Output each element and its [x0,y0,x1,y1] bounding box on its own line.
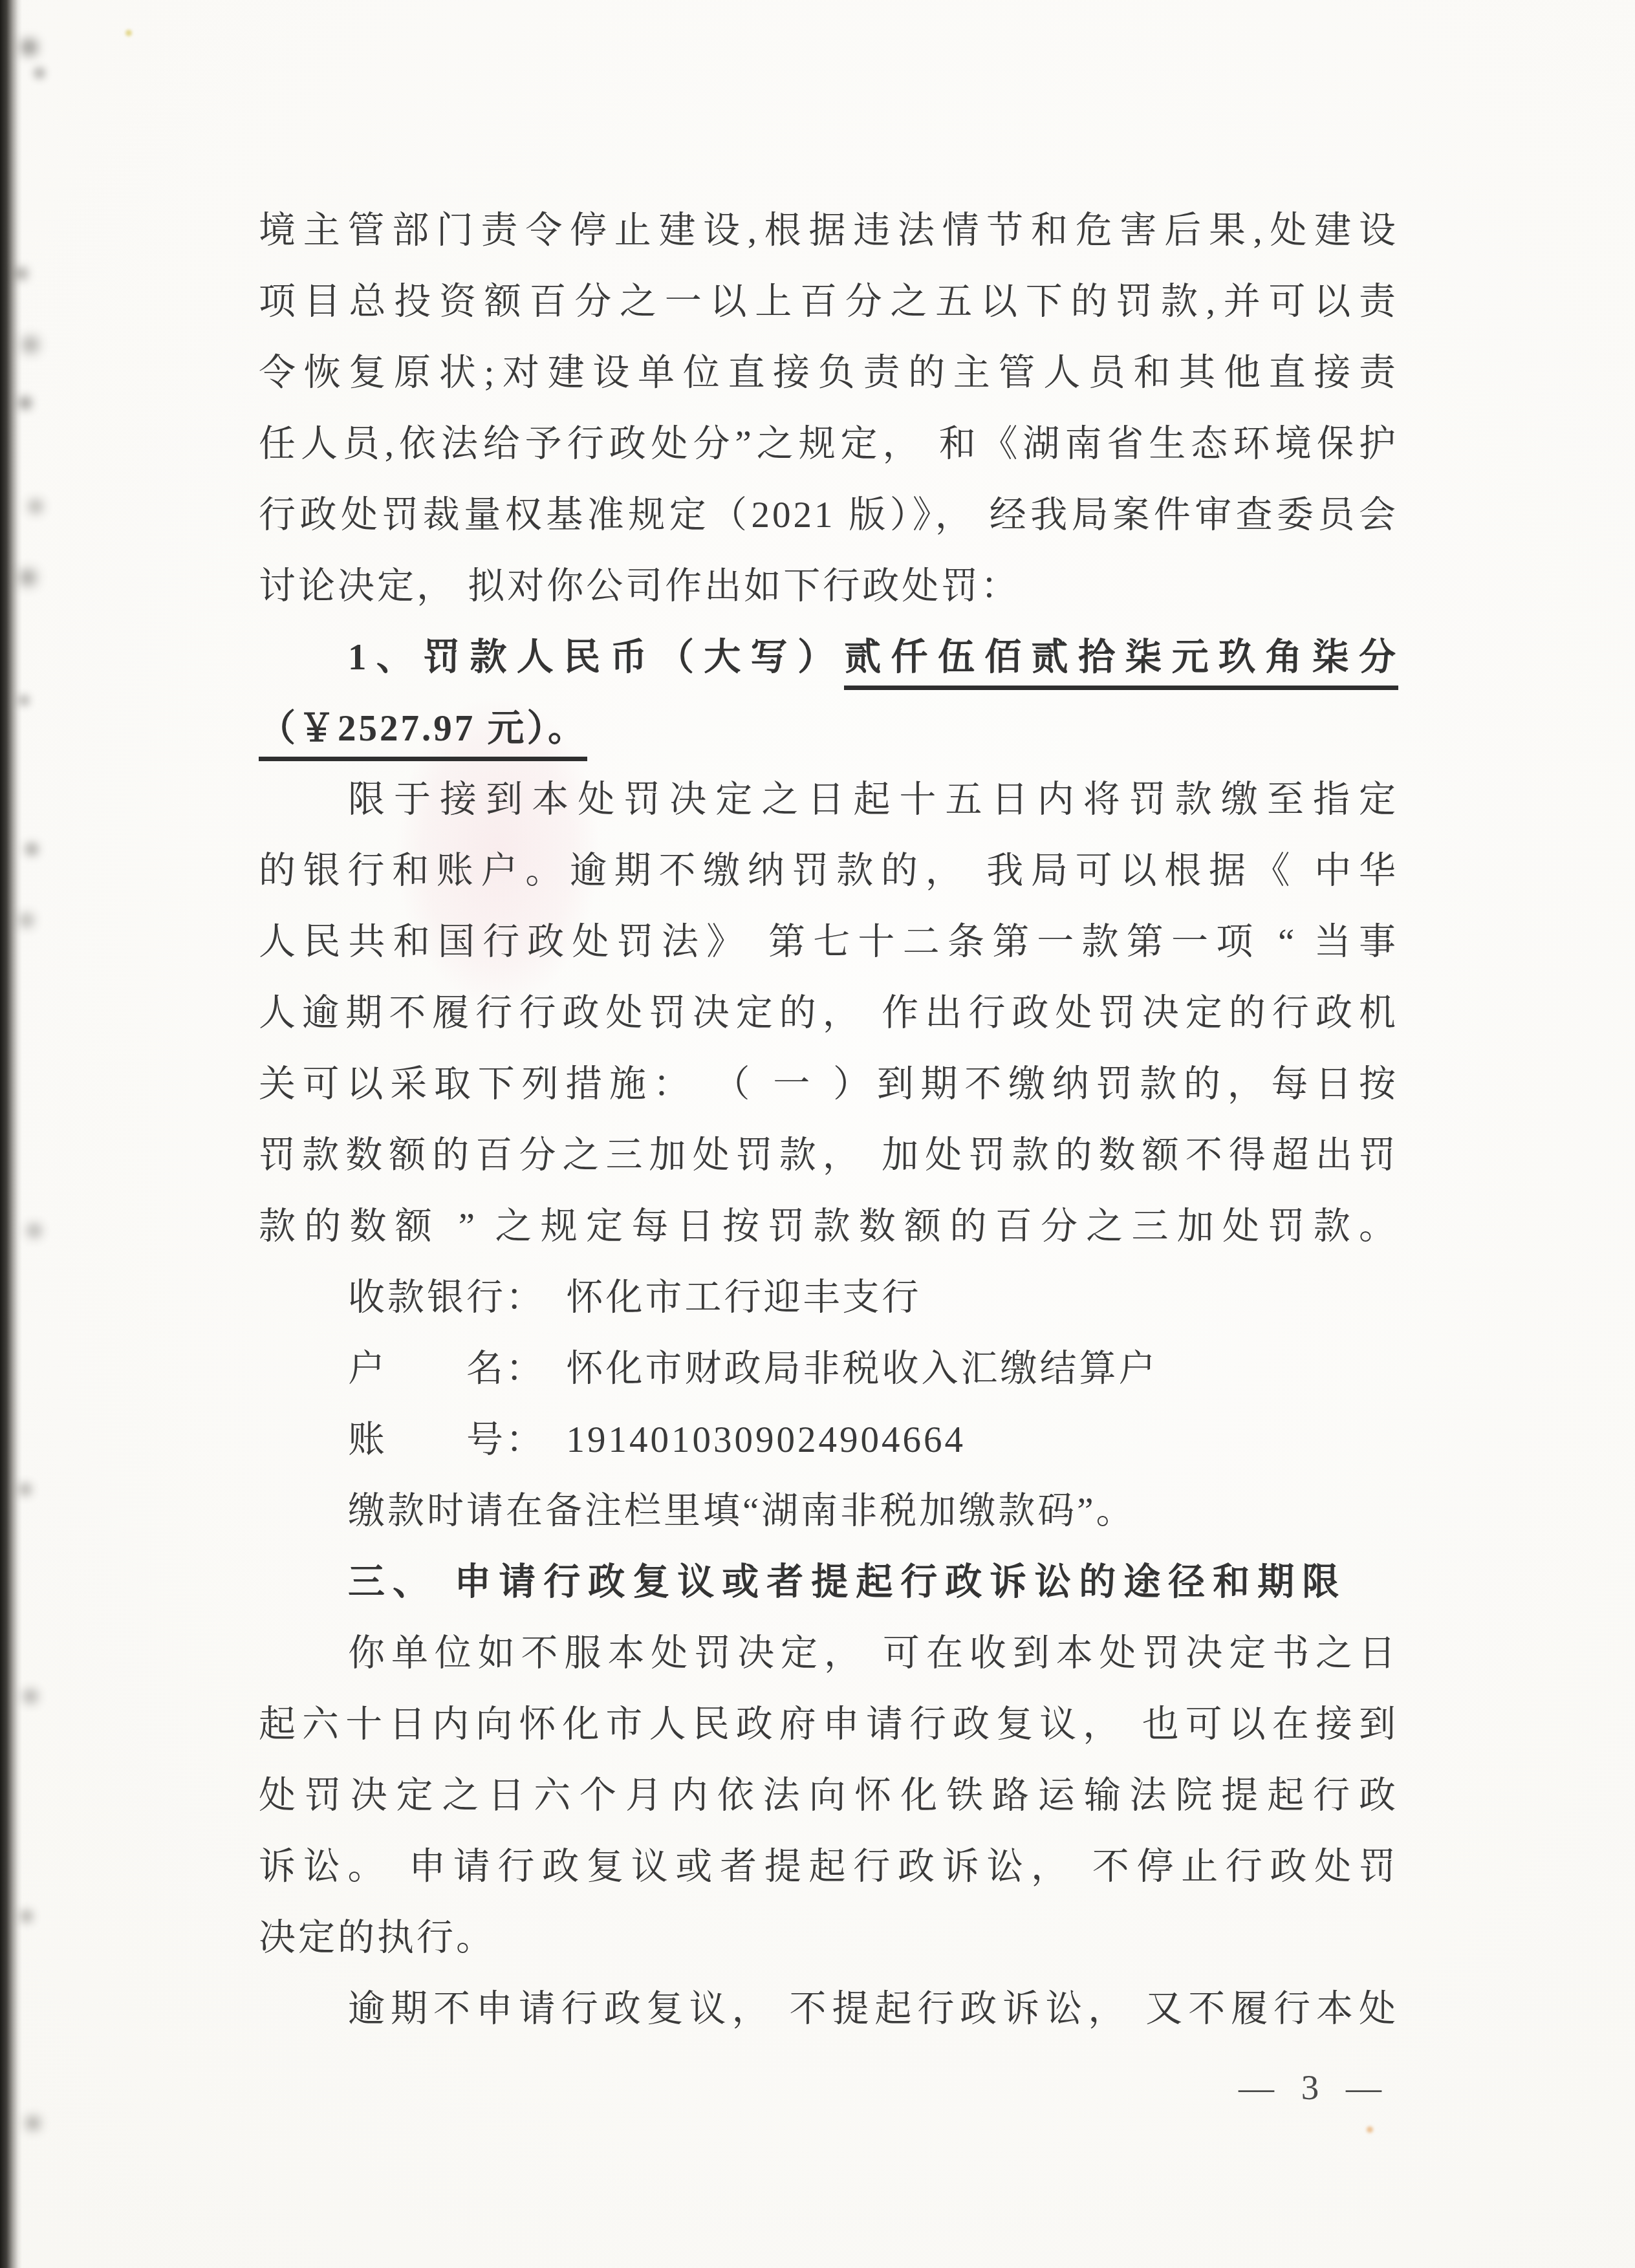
penalty-amount-numeric: （￥2527.97 元）。 [259,708,587,761]
doc-line-4: 任人员,依法给予行政处分”之规定， 和《湖南省生态环境保护 [259,409,1398,480]
doc-line-3: 令恢复原状;对建设单位直接负责的主管人员和其他直接责 [259,338,1398,409]
doc-line-13: 关可以采取下列措施： （ 一 ）到期不缴纳罚款的，每日按 [259,1049,1398,1120]
document-body: 境主管部门责令停止建设,根据违法情节和危害后果,处建设 项目总投资额百分之一以上… [259,195,1398,2045]
receiving-bank-line: 收款银行： 怀化市工行迎丰支行 [259,1262,1398,1334]
scan-noise-speckles [0,0,4,4]
text-run: 的银行和账户。逾期不缴纳罚款的， 我局可以根据《 中华 [259,850,1398,891]
section-heading: 三、 申请行政复议或者提起行政诉讼的途径和期限 [259,1547,1398,1618]
text-run: 起六十日内向怀化市人民政府申请行政复议， 也可以在接到 [259,1704,1398,1745]
doc-line-14: 罚款数额的百分之三加处罚款， 加处罚款的数额不得超出罚 [259,1120,1398,1191]
account-number-line: 账 号： 1914010309024904664 [259,1405,1398,1476]
account-name-line: 户 名： 怀化市财政局非税收入汇缴结算户 [259,1334,1398,1405]
text-run: 限于接到本处罚决定之日起十五日内将罚款缴至指定 [348,779,1398,820]
text-run: 1、罚款人民币（大写） [348,637,844,678]
text-run: 关可以采取下列措施： （ 一 ）到期不缴纳罚款的，每日按 [259,1064,1398,1105]
text-run: 任人员,依法给予行政处分”之规定， 和《湖南省生态环境保护 [259,424,1398,464]
scan-edge-artifact [0,0,22,2268]
doc-line-10: 的银行和账户。逾期不缴纳罚款的， 我局可以根据《 中华 [259,836,1398,907]
doc-line-6: 讨论决定， 拟对你公司作出如下行政处罚： [259,551,1398,622]
doc-line-22: 起六十日内向怀化市人民政府申请行政复议， 也可以在接到 [259,1689,1398,1760]
text-run: 逾期不申请行政复议， 不提起行政诉讼， 又不履行本处 [348,1989,1398,2029]
doc-line-26: 逾期不申请行政复议， 不提起行政诉讼， 又不履行本处 [259,1974,1398,2045]
doc-line-2: 项目总投资额百分之一以上百分之五以下的罚款,并可以责 [259,266,1398,338]
doc-line-25: 决定的执行。 [259,1903,1398,1974]
remark-note-line: 缴款时请在备注栏里填“湖南非税加缴款码”。 [259,1476,1398,1547]
text-run: 境主管部门责令停止建设,根据违法情节和危害后果,处建设 [259,210,1398,251]
doc-line-9: 限于接到本处罚决定之日起十五日内将罚款缴至指定 [259,764,1398,836]
receiving-bank: 收款银行： 怀化市工行迎丰支行 [348,1277,922,1318]
text-run: 讨论决定， 拟对你公司作出如下行政处罚： [259,566,1020,607]
doc-line-23: 处罚决定之日六个月内依法向怀化铁路运输法院提起行政 [259,1760,1398,1831]
doc-line-24: 诉讼。 申请行政复议或者提起行政诉讼， 不停止行政处罚 [259,1831,1398,1903]
text-run: 人逾期不履行行政处罚决定的， 作出行政处罚决定的行政机 [259,993,1398,1033]
text-run: 款的数额 ” 之规定每日按罚款数额的百分之三加处罚款。 [259,1206,1398,1247]
text-run: 决定的执行。 [259,1917,495,1958]
text-run: 三、 申请行政复议或者提起行政诉讼的途径和期限 [348,1562,1347,1603]
doc-line-5: 行政处罚裁量权基准规定（2021 版）》， 经我局案件审查委员会 [259,480,1398,551]
text-run: 罚款数额的百分之三加处罚款， 加处罚款的数额不得超出罚 [259,1135,1398,1176]
doc-line-1: 境主管部门责令停止建设,根据违法情节和危害后果,处建设 [259,195,1398,266]
text-run: 你单位如不服本处罚决定， 可在收到本处罚决定书之日 [348,1633,1398,1674]
penalty-item-line: 1、罚款人民币（大写）贰仟伍佰贰拾柒元玖角柒分 [259,622,1398,693]
text-run: 人民共和国行政处罚法》 第七十二条第一款第一项 “ 当事 [259,922,1398,962]
text-run: 诉讼。 申请行政复议或者提起行政诉讼， 不停止行政处罚 [259,1846,1398,1887]
text-run: 项目总投资额百分之一以上百分之五以下的罚款,并可以责 [259,281,1398,322]
page-number: — 3 — [1239,2068,1391,2107]
text-run: 处罚决定之日六个月内依法向怀化铁路运输法院提起行政 [259,1775,1398,1816]
penalty-amount-capital: 贰仟伍佰贰拾柒元玖角柒分 [844,637,1398,690]
doc-line-11: 人民共和国行政处罚法》 第七十二条第一款第一项 “ 当事 [259,907,1398,978]
account-name: 户 名： 怀化市财政局非税收入汇缴结算户 [348,1348,1158,1389]
account-number: 账 号： 1914010309024904664 [348,1420,966,1460]
doc-line-21: 你单位如不服本处罚决定， 可在收到本处罚决定书之日 [259,1618,1398,1689]
text-run: 令恢复原状;对建设单位直接负责的主管人员和其他直接责 [259,352,1398,393]
doc-line-12: 人逾期不履行行政处罚决定的， 作出行政处罚决定的行政机 [259,978,1398,1049]
penalty-amount-numeric-line: （￥2527.97 元）。 [259,693,1398,764]
doc-line-15: 款的数额 ” 之规定每日按罚款数额的百分之三加处罚款。 [259,1191,1398,1262]
remark-note: 缴款时请在备注栏里填“湖南非税加缴款码”。 [348,1491,1136,1531]
text-run: 行政处罚裁量权基准规定（2021 版）》， 经我局案件审查委员会 [259,495,1398,535]
